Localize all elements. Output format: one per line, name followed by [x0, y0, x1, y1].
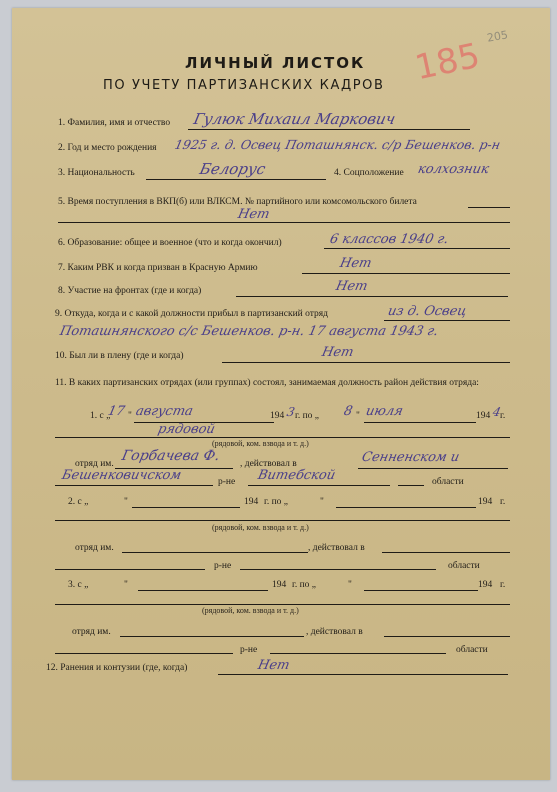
field-9-value-line1: из д. Освец: [386, 304, 468, 319]
document-title: ЛИЧНЫЙ ЛИСТОК: [185, 54, 365, 72]
field-8-value: Нет: [334, 279, 369, 294]
field-4-label: 4. Соцположение: [334, 168, 404, 178]
field-9-value-line2: Поташнянского с/с Бешенков. р-н. 17 авгу…: [58, 324, 439, 339]
field-3-label: 3. Национальность: [58, 168, 135, 178]
field-2-label: 2. Год и место рождения: [58, 143, 157, 153]
document-subtitle: ПО УЧЕТУ ПАРТИЗАНСКИХ КАДРОВ: [103, 78, 385, 93]
field-5-label: 5. Время поступления в ВКП(б) или ВЛКСМ.…: [58, 197, 417, 207]
field-4-value: колхозник: [416, 162, 490, 177]
field-10-value: Нет: [320, 345, 355, 360]
field-9-label: 9. Откуда, когда и с какой должности при…: [55, 309, 328, 319]
entry-1-from-month: августа: [134, 404, 194, 419]
field-8-label: 8. Участие на фронтах (где и когда): [58, 286, 201, 296]
field-6-label: 6. Образование: общее и военное (что и к…: [58, 238, 282, 248]
field-1-label: 1. Фамилия, имя и отчество: [58, 118, 170, 128]
entry-1-district-1: Сенненском и: [360, 450, 460, 465]
field-1-value: Гулюк Михаил Маркович: [192, 110, 397, 128]
field-12-value: Нет: [256, 658, 291, 673]
field-3-value: Белорус: [198, 160, 267, 178]
entry-1-from-day: 17: [106, 404, 126, 419]
field-12-label: 12. Ранения и контузии (где, когда): [46, 663, 187, 673]
entry-1-position: рядовой: [156, 422, 216, 437]
field-10-label: 10. Был ли в плену (где и когда): [55, 351, 184, 361]
field-2-value: 1925 г. д. Освец Поташнянск. с/р Бешенко…: [173, 137, 501, 152]
field-5-value: Нет: [236, 207, 271, 222]
field-11-label: 11. В каких партизанских отрядах (или гр…: [55, 377, 513, 390]
entry-1-to-month: июля: [364, 404, 404, 419]
entry-1-region: Витебской: [256, 468, 336, 483]
field-7-value: Нет: [338, 256, 373, 271]
entry-1-district-2: Бешенковичском: [60, 468, 182, 483]
field-7-label: 7. Каким РВК и когда призван в Красную А…: [58, 263, 258, 273]
entry-1-detachment: Горбачева Ф.: [120, 448, 221, 464]
field-6-value: 6 классов 1940 г.: [328, 232, 449, 247]
